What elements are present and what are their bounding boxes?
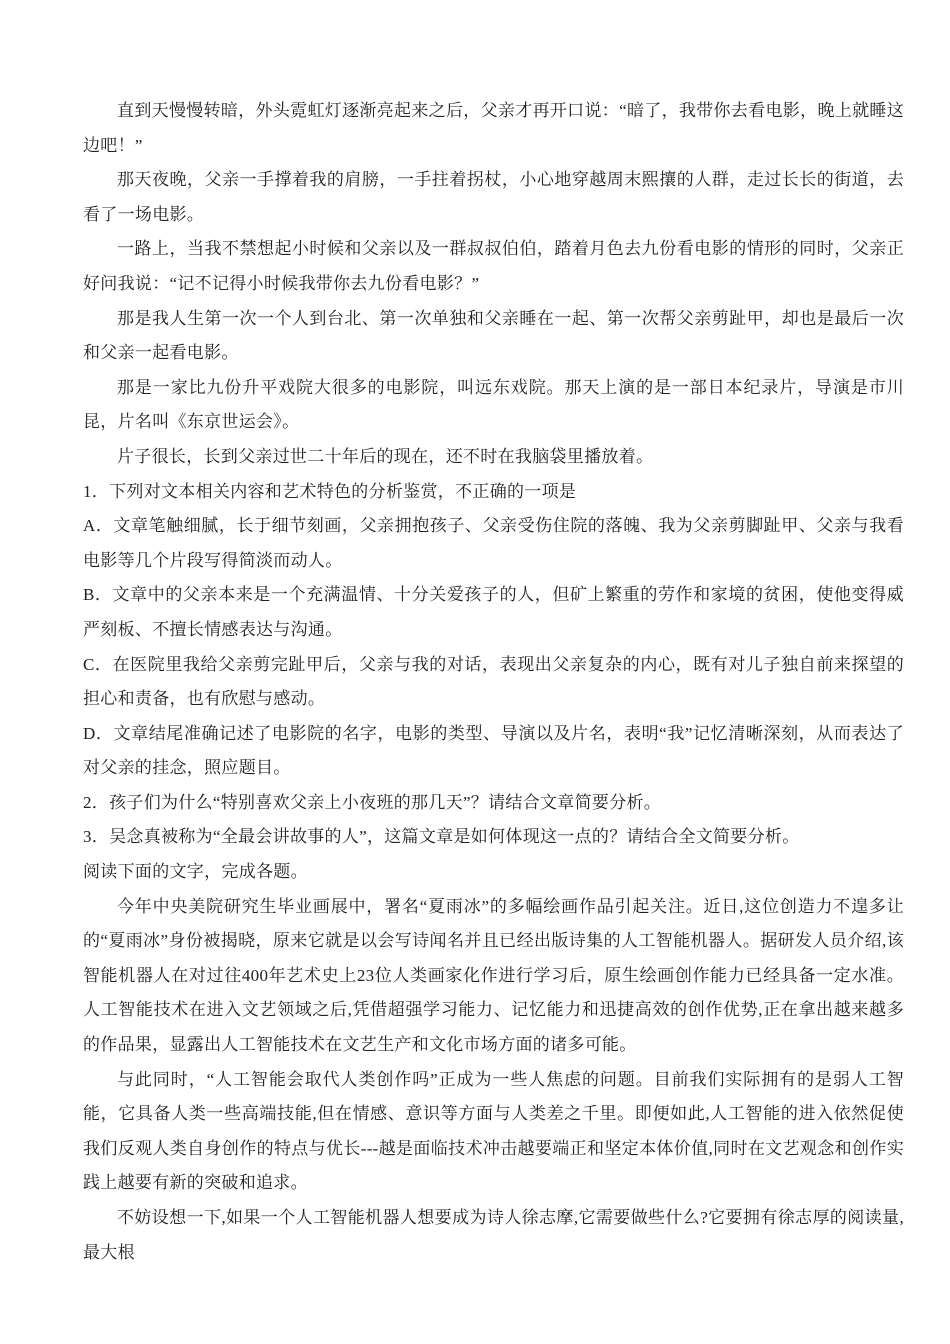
narrative-paragraph: 那天夜晚，父亲一手撑着我的肩膀，一手拄着拐杖，小心地穿越周末熙攘的人群，走过长长…: [83, 163, 904, 232]
narrative-paragraph: 一路上，当我不禁想起小时候和父亲以及一群叔叔伯伯，踏着月色去九份看电影的情形的同…: [83, 232, 904, 301]
question-1-option-a: A．文章笔触细腻，长于细节刻画，父亲拥抱孩子、父亲受伤住院的落魄、我为父亲剪脚趾…: [83, 509, 904, 578]
narrative-paragraph: 不妨设想一下,如果一个人工智能机器人想要成为诗人徐志摩,它需要做些什么?它要拥有…: [83, 1201, 904, 1270]
question-1-option-d: D．文章结尾准确记述了电影院的名字，电影的类型、导演以及片名，表明“我”记忆清晰…: [83, 717, 904, 786]
narrative-paragraph: 那是一家比九份升平戏院大很多的电影院，叫远东戏院。那天上演的是一部日本纪录片，导…: [83, 371, 904, 440]
narrative-paragraph: 那是我人生第一次一个人到台北、第一次单独和父亲睡在一起、第一次帮父亲剪趾甲，却也…: [83, 302, 904, 371]
reading-instruction: 阅读下面的文字，完成各题。: [83, 855, 904, 890]
exam-document-page: 直到天慢慢转暗，外头霓虹灯逐渐亮起来之后，父亲才再开口说：“暗了，我带你去看电影…: [0, 0, 950, 1344]
question-3: 3．吴念真被称为“全最会讲故事的人”，这篇文章是如何体现这一点的？请结合全文简要…: [83, 820, 904, 855]
narrative-paragraph: 片子很长，长到父亲过世二十年后的现在，还不时在我脑袋里播放着。: [83, 440, 904, 475]
question-1: 1．下列对文本相关内容和艺术特色的分析鉴赏，不正确的一项是: [83, 475, 904, 510]
question-2: 2．孩子们为什么“特别喜欢父亲上小夜班的那几天”？请结合文章简要分析。: [83, 786, 904, 821]
question-1-option-c: C．在医院里我给父亲剪完趾甲后，父亲与我的对话，表现出父亲复杂的内心，既有对儿子…: [83, 648, 904, 717]
question-1-option-b: B．文章中的父亲本来是一个充满温情、十分关爱孩子的人，但矿上繁重的劳作和家境的贫…: [83, 578, 904, 647]
narrative-paragraph: 与此同时，“人工智能会取代人类创作吗”正成为一些人焦虑的问题。目前我们实际拥有的…: [83, 1063, 904, 1201]
narrative-paragraph: 今年中央美院研究生毕业画展中，署名“夏雨冰”的多幅绘画作品引起关注。近日,这位创…: [83, 890, 904, 1063]
narrative-paragraph: 直到天慢慢转暗，外头霓虹灯逐渐亮起来之后，父亲才再开口说：“暗了，我带你去看电影…: [83, 94, 904, 163]
